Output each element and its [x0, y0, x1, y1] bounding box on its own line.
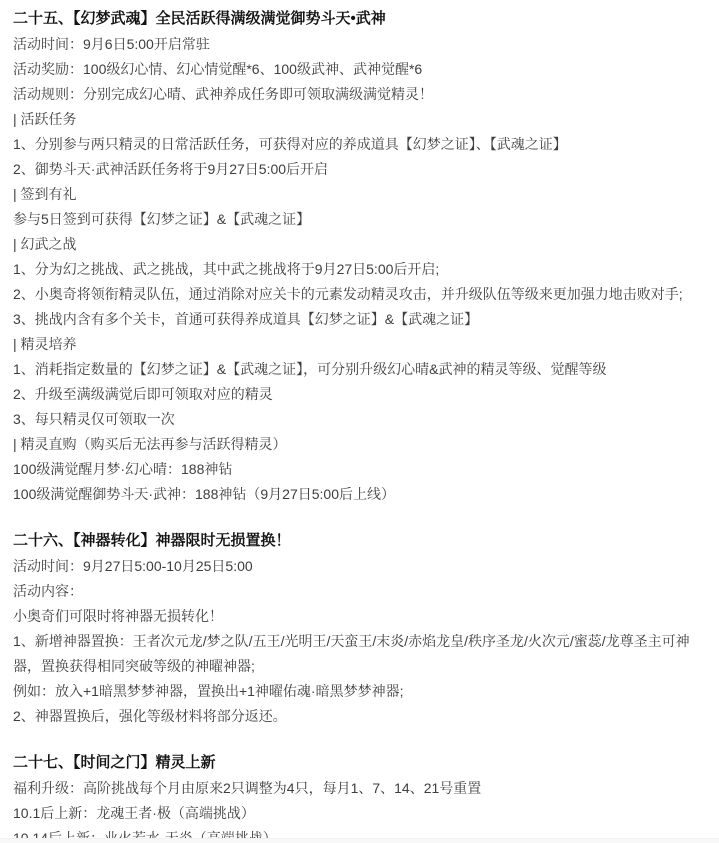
subsection-label: | 幻武之战	[13, 232, 695, 257]
list-item: 2、升级至满级满觉后即可领取对应的精灵	[13, 382, 695, 407]
paragraph-welfare: 福利升级：高阶挑战每个月由原来2只调整为4只，每月1、7、14、21号重置	[13, 776, 695, 801]
list-item: 2、小奥奇将领衔精灵队伍，通过消除对应关卡的元素发动精灵攻击，并升级队伍等级来更…	[13, 282, 695, 307]
subsection-label: | 精灵直购（购买后无法再参与活跃得精灵）	[13, 432, 695, 457]
section-heading: 二十七、【时间之门】精灵上新	[13, 750, 695, 776]
paragraph-activity-rule: 活动规则：分别完成幻心晴、武神养成任务即可领取满级满觉精灵！	[13, 82, 695, 107]
paragraph-new-release: 10.1后上新：龙魂王者·极（高端挑战）	[13, 801, 695, 826]
list-item: 3、挑战内含有多个关卡，首通可获得养成道具【幻梦之证】&【武魂之证】	[13, 307, 695, 332]
subsection-label: | 活跃任务	[13, 107, 695, 132]
paragraph-activity-time: 活动时间：9月6日5:00开启常驻	[13, 32, 695, 57]
subsection-label: | 精灵培养	[13, 332, 695, 357]
list-item: 1、分为幻之挑战、武之挑战，其中武之挑战将于9月27日5:00后开启;	[13, 257, 695, 282]
paragraph-activity-content-label: 活动内容：	[13, 579, 695, 604]
paragraph: 小奥奇们可限时将神器无损转化！	[13, 604, 695, 629]
paragraph-example: 例如：放入+1暗黑梦梦神器，置换出+1神曜佑魂·暗黑梦梦神器;	[13, 679, 695, 704]
list-item: 2、神器置换后，强化等级材料将部分返还。	[13, 704, 695, 729]
list-item: 1、新增神器置换：王者次元龙/梦之队/五王/光明王/天蛮王/末炎/赤焰龙皇/秩序…	[13, 629, 695, 679]
list-item: 1、消耗指定数量的【幻梦之证】&【武魂之证】，可分别升级幻心晴&武神的精灵等级、…	[13, 357, 695, 382]
page-bottom-edge	[0, 838, 719, 843]
list-item: 1、分别参与两只精灵的日常活跃任务，可获得对应的养成道具【幻梦之证】、【武魂之证…	[13, 132, 695, 157]
paragraph-activity-time: 活动时间：9月27日5:00-10月25日5:00	[13, 554, 695, 579]
announcement-document: 二十五、【幻梦武魂】全民活跃得满级满觉御势斗天•武神 活动时间：9月6日5:00…	[0, 0, 719, 843]
section-26: 二十六、【神器转化】神器限时无损置换！ 活动时间：9月27日5:00-10月25…	[13, 528, 695, 729]
paragraph-price: 100级满觉醒御势斗天·武神：188神钻（9月27日5:00后上线）	[13, 482, 695, 507]
list-item: 2、御势斗天·武神活跃任务将于9月27日5:00后开启	[13, 157, 695, 182]
paragraph-price: 100级满觉醒月梦·幻心晴：188神钻	[13, 457, 695, 482]
section-25: 二十五、【幻梦武魂】全民活跃得满级满觉御势斗天•武神 活动时间：9月6日5:00…	[13, 6, 695, 507]
paragraph: 参与5日签到可获得【幻梦之证】&【武魂之证】	[13, 207, 695, 232]
section-heading: 二十五、【幻梦武魂】全民活跃得满级满觉御势斗天•武神	[13, 6, 695, 32]
paragraph-activity-reward: 活动奖励：100级幻心情、幻心情觉醒*6、100级武神、武神觉醒*6	[13, 57, 695, 82]
section-heading: 二十六、【神器转化】神器限时无损置换！	[13, 528, 695, 554]
list-item: 3、每只精灵仅可领取一次	[13, 407, 695, 432]
subsection-label: | 签到有礼	[13, 182, 695, 207]
section-27: 二十七、【时间之门】精灵上新 福利升级：高阶挑战每个月由原来2只调整为4只，每月…	[13, 750, 695, 843]
